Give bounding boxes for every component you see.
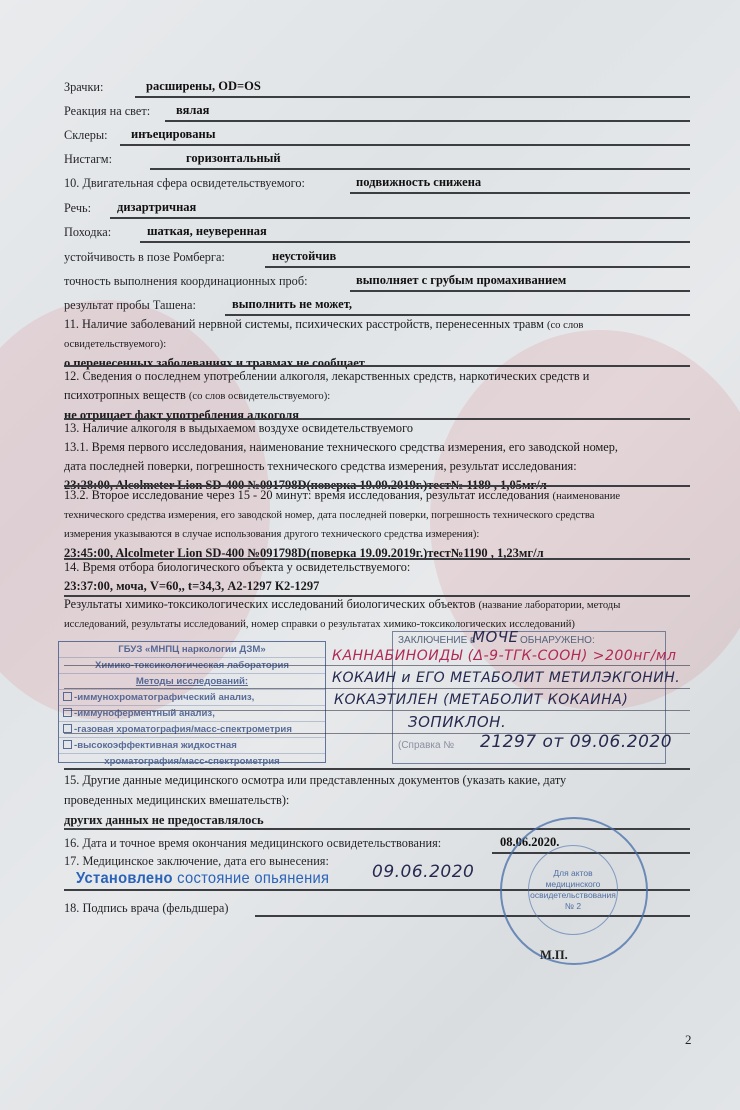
underline (265, 266, 690, 268)
speech-value: дизартричная (117, 200, 196, 215)
underline (165, 120, 690, 122)
mp-label: М.П. (540, 948, 568, 963)
underline (140, 241, 690, 243)
s15-label: 15. Другие данные медицинского осмотра и… (64, 770, 690, 790)
conclusion-medium-handwriting: МОЧЕ (472, 628, 519, 646)
checkbox-icon (63, 692, 72, 701)
divider (64, 710, 690, 711)
section-13: 13. Наличие алкоголя в выдыхаемом воздух… (64, 419, 690, 495)
gait-label: Походка: (64, 225, 111, 240)
divider (64, 665, 690, 666)
light-reaction-label: Реакция на свет: (64, 104, 150, 119)
conclusion-line-2: КОКАИН и ЕГО МЕТАБОЛИТ МЕТИЛЭКГОНИН. (332, 670, 680, 686)
conclusion-stamp: Установлено состояние опьянения (76, 870, 329, 888)
sclera-value: инъецированы (131, 127, 216, 142)
section-14: 14. Время отбора биологического объекта … (64, 558, 690, 596)
motor-sphere-label: 10. Двигательная сфера освидетельствуемо… (64, 176, 305, 191)
speech-label: Речь: (64, 201, 91, 216)
s15-label-b: проведенных медицинских вмешательств): (64, 790, 690, 810)
underline (135, 96, 690, 98)
checkbox-icon (63, 740, 72, 749)
s14-value: 23:37:00, моча, V=60,, t=34,3, А2-1297 К… (64, 577, 690, 596)
s18-label: 18. Подпись врача (фельдшера) (64, 901, 228, 916)
lab-method-tail: хроматография/масс-спектрометрия (59, 754, 325, 769)
section-13-2: 13.2. Второе исследование через 15 - 20 … (64, 486, 690, 563)
conclusion-stamp-head-b: ОБНАРУЖЕНО: (520, 635, 595, 646)
s17-date-handwriting: 09.06.2020 (372, 862, 474, 882)
lab-stamp: ГБУЗ «МНПЦ наркологии ДЗМ» Химико-токсик… (58, 641, 326, 763)
s13-1-label: 13.1. Время первого исследования, наимен… (64, 438, 690, 457)
conclusion-line-1: КАННАБИНОИДЫ (Δ-9-ТГК-СООН) >200нг/мл (332, 648, 676, 664)
s13-2-label-c: измерения указываются в случае использов… (64, 525, 690, 544)
sclera-label: Склеры: (64, 128, 108, 143)
conclusion-stamp-head: ЗАКЛЮЧЕНИЕ в (398, 635, 475, 646)
results-label: Результаты химико-токсикологических иссл… (64, 595, 690, 634)
s13-title: 13. Наличие алкоголя в выдыхаемом воздух… (64, 419, 690, 438)
checkbox-icon (63, 724, 72, 733)
lab-method: -газовая хроматография/масс-спектрометри… (59, 722, 325, 738)
results-label-a: Результаты химико-токсикологических иссл… (64, 597, 475, 611)
pupils-label: Зрачки: (64, 80, 103, 95)
pupils-value: расширены, OD=OS (146, 79, 261, 94)
lab-method: -высокоэффективная жидкостная (59, 738, 325, 754)
lab-method: -иммуноферментный анализ, (59, 706, 325, 722)
tashen-value: выполнить не может, (232, 297, 352, 312)
s16-label: 16. Дата и точное время окончания медици… (64, 836, 441, 851)
underline (110, 217, 690, 219)
s11-label-note: (со слов (547, 320, 583, 331)
lab-stamp-org: ГБУЗ «МНПЦ наркологии ДЗМ» (59, 642, 325, 658)
s12-label: 12. Сведения о последнем употреблении ал… (64, 367, 690, 386)
tashen-label: результат пробы Ташена: (64, 298, 196, 313)
s12-label-b: психотропных веществ (64, 388, 186, 402)
round-seal: Для актов медицинского освидетельствован… (500, 817, 648, 965)
underline (350, 192, 690, 194)
coordination-label: точность выполнения координационных проб… (64, 274, 308, 289)
s11-label: 11. Наличие заболеваний нервной системы,… (64, 317, 544, 331)
nystagmus-label: Нистагм: (64, 152, 112, 167)
s13-2-label: 13.2. Второе исследование через 15 - 20 … (64, 488, 549, 502)
s13-2-label-b: технического средства измерения, его зав… (64, 506, 690, 525)
light-reaction-value: вялая (176, 103, 209, 118)
s14-label: 14. Время отбора биологического объекта … (64, 558, 690, 577)
gait-value: шаткая, неуверенная (147, 224, 267, 239)
s12-label-note: (со слов освидетельствуемого): (189, 391, 330, 402)
motor-sphere-value: подвижность снижена (356, 175, 481, 190)
results-label-b: (название лаборатории, методы (478, 600, 620, 611)
coordination-value: выполняет с грубым промахиванием (356, 273, 566, 288)
s13-2-label-note: (наименование (553, 491, 621, 502)
s17-label: 17. Медицинское заключение, дата его вын… (64, 854, 329, 869)
conclusion-line-3: КОКАЭТИЛЕН (МЕТАБОЛИТ КОКАИНА) (334, 692, 628, 708)
s11-label-cont: освидетельствуемого): (64, 335, 690, 354)
s13-1-label-b: дата последней поверки, погрешность техн… (64, 457, 690, 476)
nystagmus-value: горизонтальный (186, 151, 281, 166)
conclusion-line-4: ЗОПИКЛОН. (408, 713, 506, 731)
underline (350, 290, 690, 292)
divider (64, 733, 690, 734)
spravka-label: (Справка № (398, 740, 454, 751)
lab-stamp-lab: Химико-токсикологическая лаборатория (59, 658, 325, 674)
page-number: 2 (685, 1032, 692, 1048)
underline (120, 144, 690, 146)
romberg-label: устойчивость в позе Ромберга: (64, 250, 225, 265)
underline (150, 168, 690, 170)
seal-center: Для актов медицинского освидетельствован… (528, 845, 618, 935)
section-12: 12. Сведения о последнем употреблении ал… (64, 367, 690, 425)
divider (64, 688, 690, 689)
spravka-value: 21297 от 09.06.2020 (480, 732, 672, 752)
romberg-value: неустойчив (272, 249, 336, 264)
lab-method: -иммунохроматографический анализ, (59, 690, 325, 706)
